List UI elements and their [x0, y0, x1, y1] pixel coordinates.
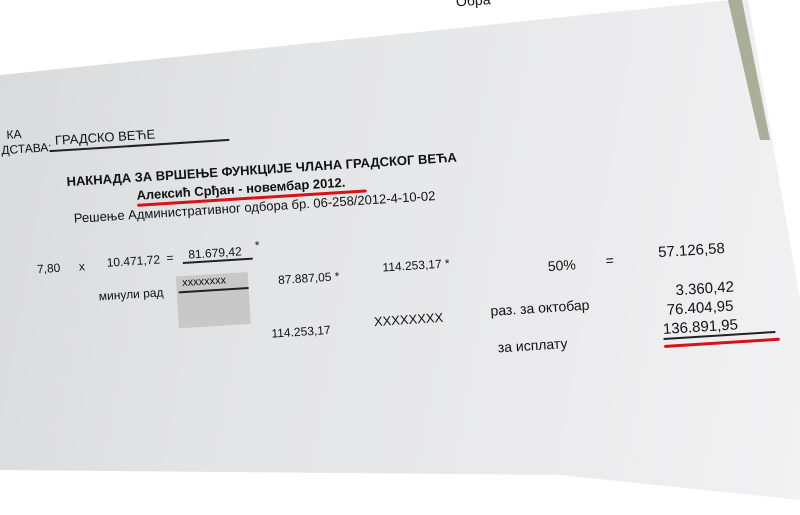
subtotal-col3-row1: 114.253,17 *: [382, 256, 450, 274]
percent-equals: =: [605, 252, 614, 268]
coefficient: 7,80: [37, 261, 61, 276]
multiply-sign: x: [78, 259, 85, 273]
percent-label: 50%: [547, 256, 576, 274]
october-value: 3.360,42: [675, 279, 734, 300]
page-top-partial-text: Обра: [455, 0, 490, 9]
header-label-bottom: ДСТАВА:: [1, 140, 52, 157]
minuli-rad-label: минули рад: [98, 285, 163, 303]
october-label: раз. за октобар: [490, 297, 590, 319]
subtotal-col3-row2: XXXXXXXX: [373, 310, 443, 329]
subtotal-col2-row1: 87.887,05 *: [278, 269, 340, 287]
product-asterisk: *: [254, 238, 260, 252]
subtotal-value: 76.404,95: [666, 298, 734, 319]
payout-label: за исплату: [497, 335, 568, 355]
document-content: Обра КА ДСТАВА: ГРАДСКО ВЕЋЕ НАКНАДА ЗА …: [0, 0, 800, 514]
percent-value: 57.126,58: [658, 240, 726, 261]
base-amount: 10.471,72: [106, 252, 160, 269]
payout-red-underline: [664, 338, 780, 348]
header-label-top: КА: [6, 127, 22, 142]
subtotal-col2-row2: 114.253,17: [271, 323, 331, 341]
equals-sign: =: [166, 251, 174, 265]
